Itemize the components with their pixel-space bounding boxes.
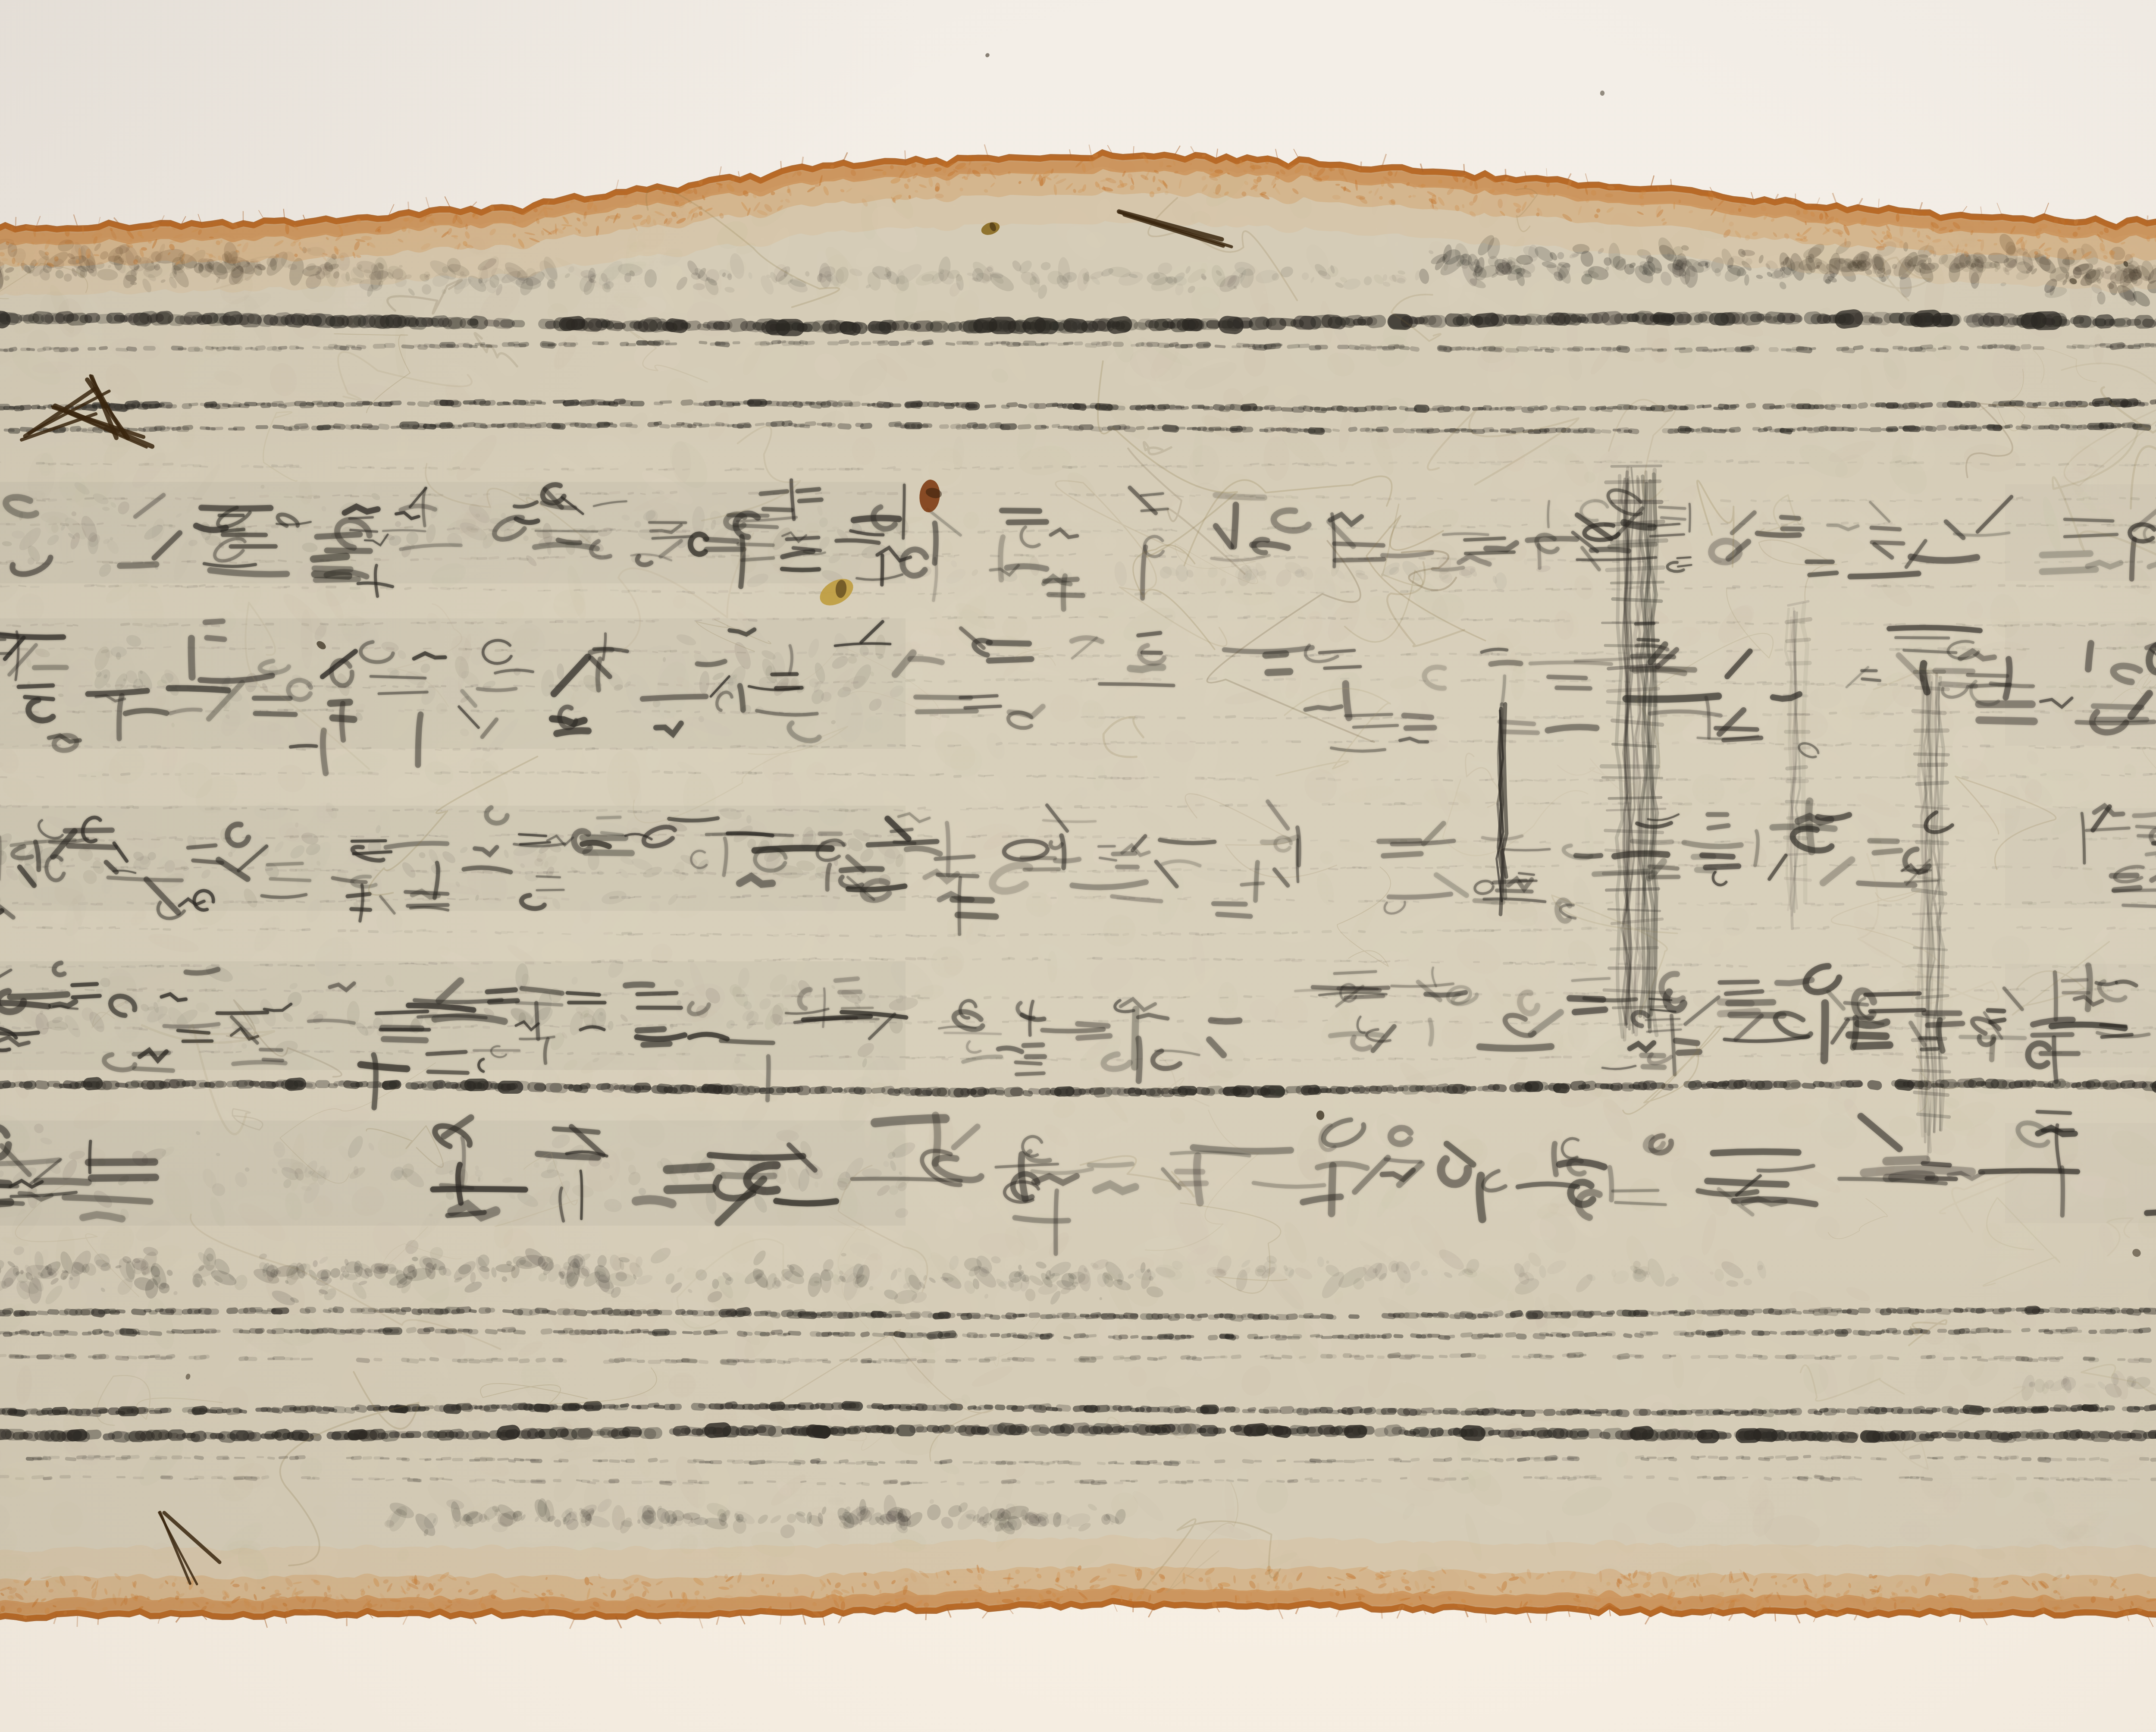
manuscript-canvas: [0, 0, 2156, 1732]
photo: [0, 0, 2156, 1732]
